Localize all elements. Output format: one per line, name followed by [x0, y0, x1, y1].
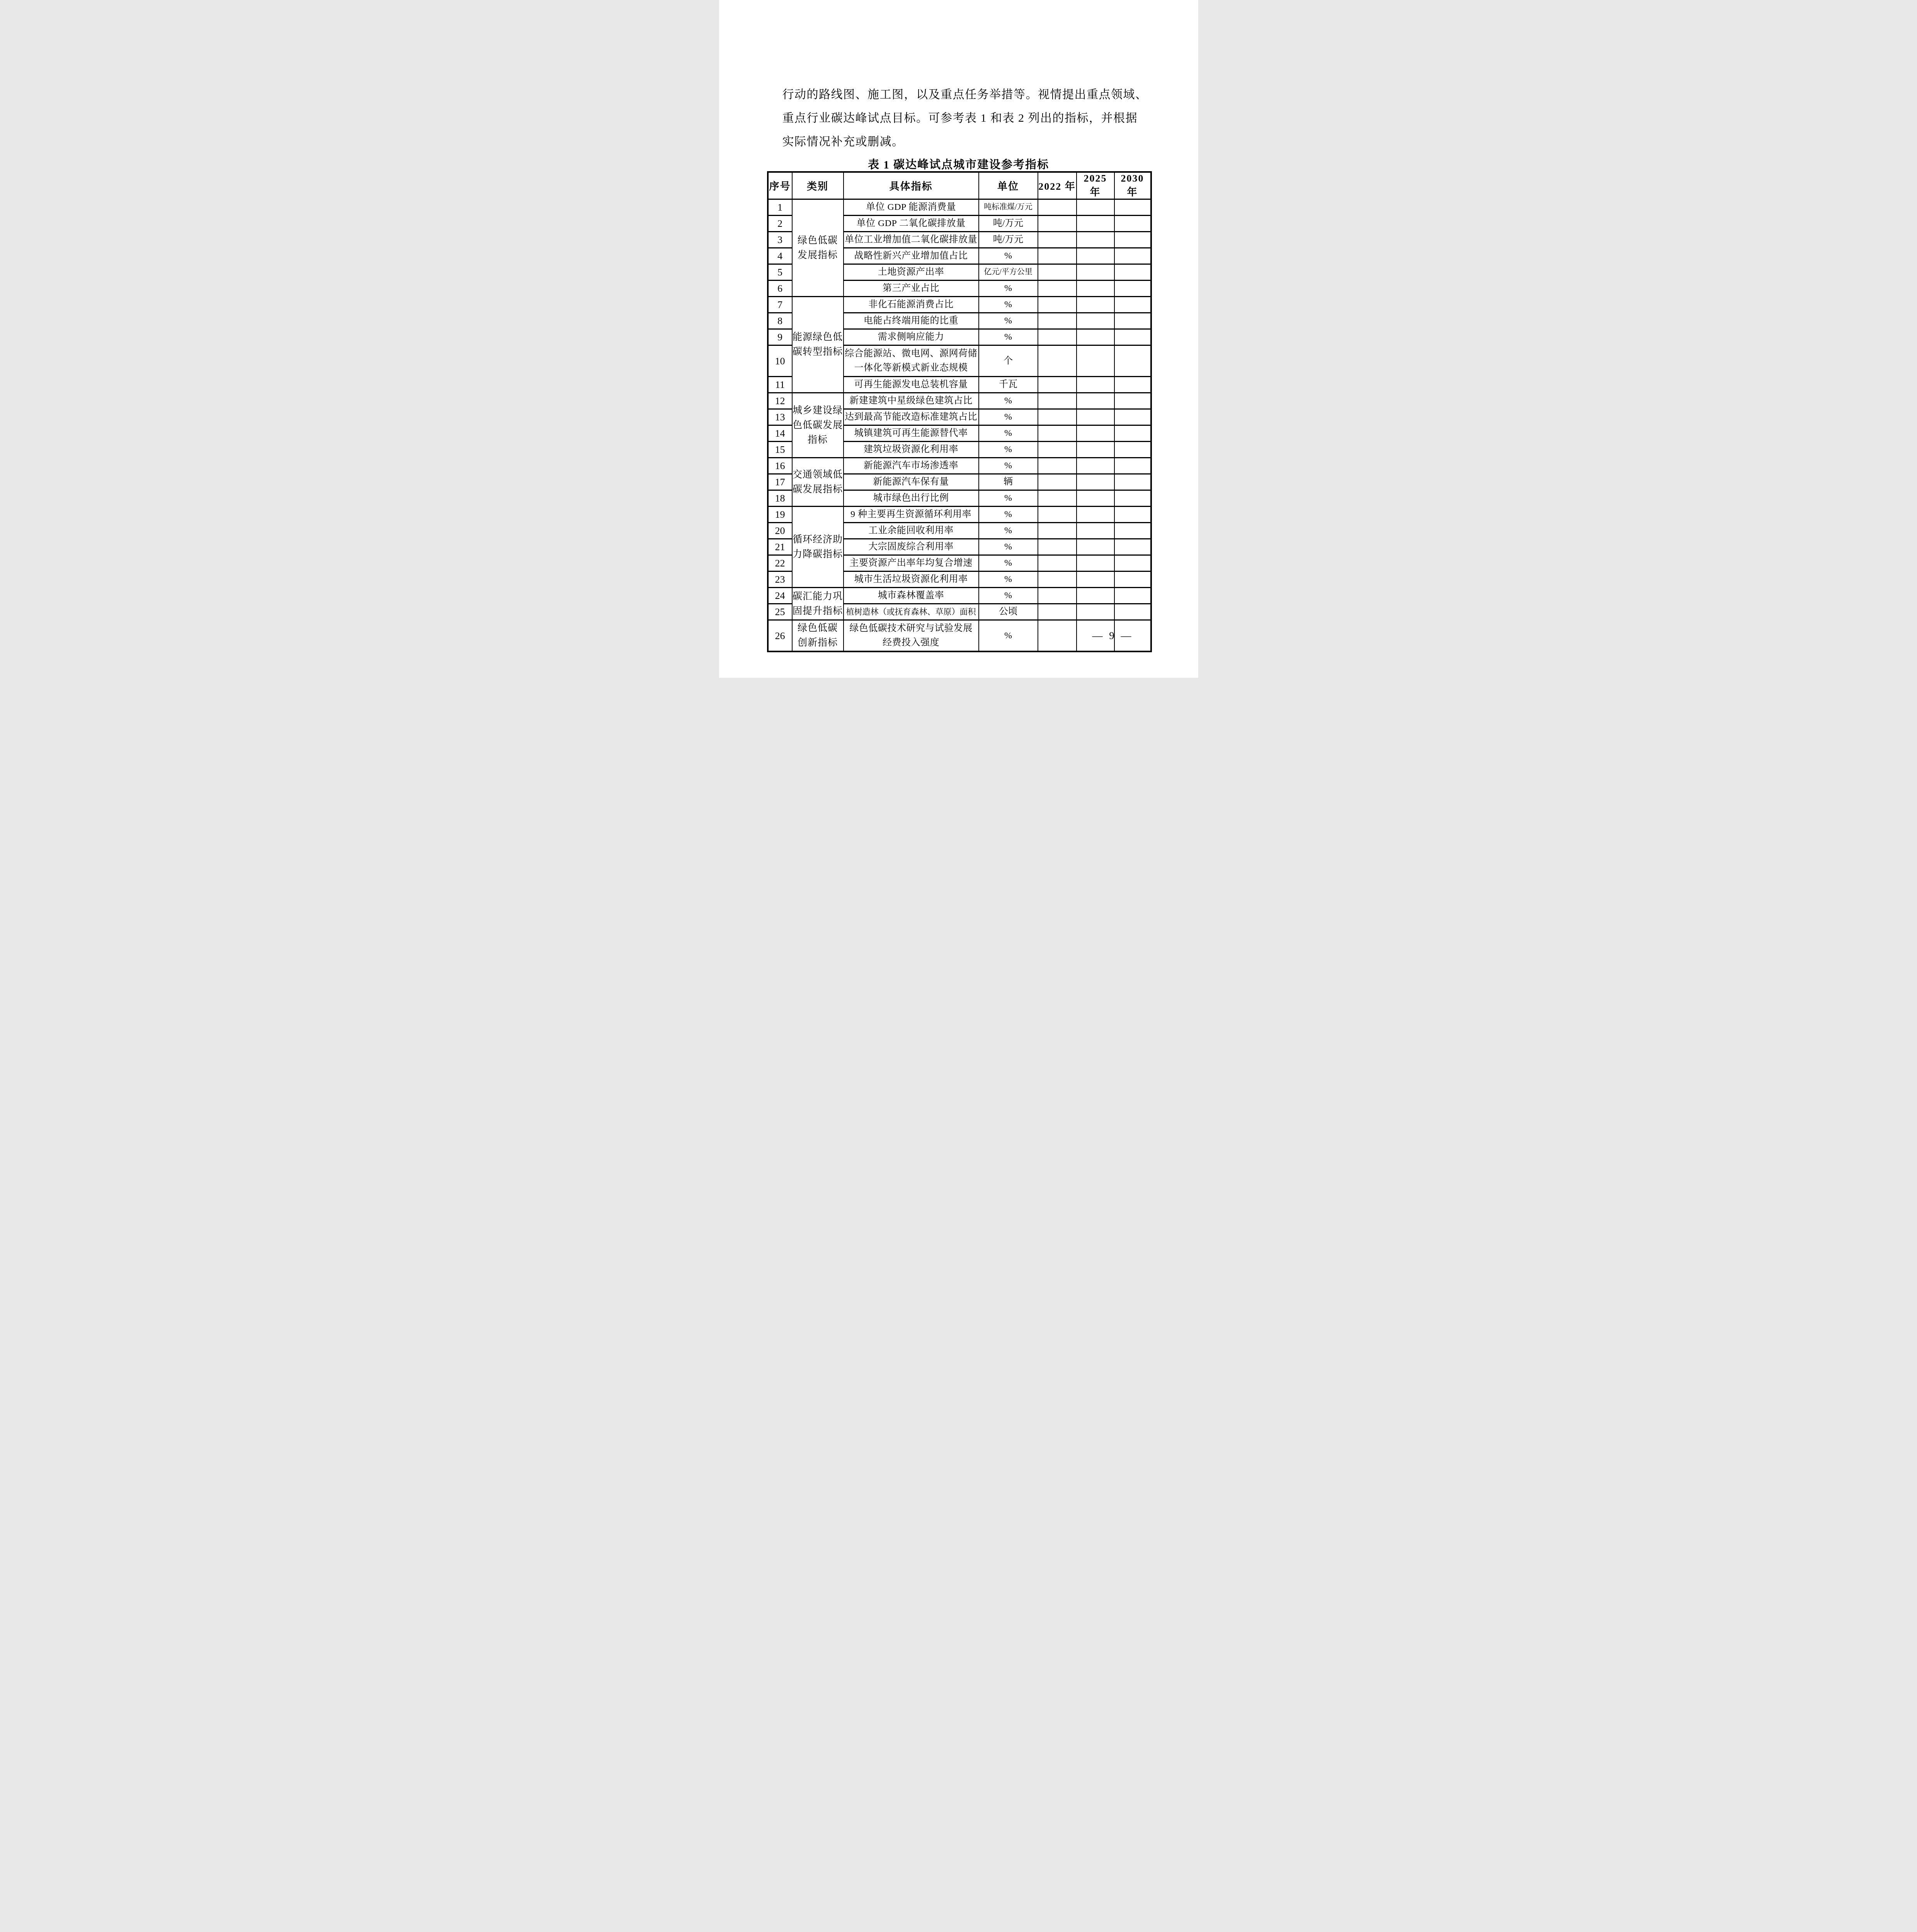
- year-value-cell: [1038, 474, 1077, 490]
- year-value-cell: [1077, 199, 1114, 216]
- year-value-cell: [1077, 329, 1114, 345]
- row-number-cell: 7: [768, 297, 792, 313]
- year-value-cell: [1114, 409, 1151, 425]
- year-value-cell: [1114, 490, 1151, 507]
- indicator-cell: 绿色低碳技术研究与试验发展经费投入强度: [844, 620, 979, 652]
- unit-cell: %: [979, 393, 1038, 409]
- year-value-cell: [1038, 442, 1077, 458]
- row-number-cell: 13: [768, 409, 792, 425]
- indicator-cell: 大宗固废综合利用率: [844, 539, 979, 555]
- unit-cell: 公顷: [979, 604, 1038, 620]
- year-value-cell: [1038, 248, 1077, 264]
- year-value-cell: [1077, 297, 1114, 313]
- year-value-cell: [1038, 604, 1077, 620]
- year-value-cell: [1114, 232, 1151, 248]
- year-value-cell: [1114, 523, 1151, 539]
- category-cell: 城乡建设绿色低碳发展指标: [792, 393, 844, 458]
- table-row: 24碳汇能力巩固提升指标城市森林覆盖率%: [768, 588, 1151, 604]
- row-number-cell: 1: [768, 199, 792, 216]
- year-value-cell: [1077, 523, 1114, 539]
- year-value-cell: [1114, 248, 1151, 264]
- row-number-cell: 9: [768, 329, 792, 345]
- year-value-cell: [1114, 216, 1151, 232]
- year-value-cell: [1038, 555, 1077, 571]
- unit-cell: %: [979, 409, 1038, 425]
- indicator-cell: 综合能源站、微电网、源网荷储一体化等新模式新业态规模: [844, 345, 979, 377]
- year-value-cell: [1077, 345, 1114, 377]
- row-number-cell: 3: [768, 232, 792, 248]
- table-title: 表 1 碳达峰试点城市建设参考指标: [767, 156, 1150, 172]
- year-value-cell: [1077, 313, 1114, 329]
- indicator-cell: 单位 GDP 能源消费量: [844, 199, 979, 216]
- indicator-cell: 9 种主要再生资源循环利用率: [844, 507, 979, 523]
- indicator-cell: 植树造林（或抚育森林、草原）面积: [844, 604, 979, 620]
- year-value-cell: [1077, 474, 1114, 490]
- year-value-cell: [1038, 571, 1077, 588]
- year-value-cell: [1077, 490, 1114, 507]
- row-number-cell: 6: [768, 281, 792, 297]
- year-value-cell: [1038, 490, 1077, 507]
- indicator-cell: 主要资源产出率年均复合增速: [844, 555, 979, 571]
- header-year-2025: 2025 年: [1077, 172, 1114, 199]
- indicator-cell: 可再生能源发电总装机容量: [844, 377, 979, 393]
- category-cell: 绿色低碳创新指标: [792, 620, 844, 652]
- year-value-cell: [1038, 539, 1077, 555]
- year-value-cell: [1038, 523, 1077, 539]
- category-cell: 绿色低碳发展指标: [792, 199, 844, 297]
- year-value-cell: [1077, 458, 1114, 474]
- year-value-cell: [1077, 425, 1114, 442]
- year-value-cell: [1114, 329, 1151, 345]
- year-value-cell: [1077, 539, 1114, 555]
- unit-cell: %: [979, 442, 1038, 458]
- year-value-cell: [1077, 507, 1114, 523]
- header-year-2022: 2022 年: [1038, 172, 1077, 199]
- indicator-cell: 第三产业占比: [844, 281, 979, 297]
- unit-cell: 亿元/平方公里: [979, 264, 1038, 281]
- year-value-cell: [1114, 345, 1151, 377]
- row-number-cell: 21: [768, 539, 792, 555]
- category-cell: 能源绿色低碳转型指标: [792, 297, 844, 393]
- table-row: 19循环经济助力降碳指标9 种主要再生资源循环利用率%: [768, 507, 1151, 523]
- year-value-cell: [1114, 281, 1151, 297]
- header-serial-number: 序号: [768, 172, 792, 199]
- year-value-cell: [1114, 507, 1151, 523]
- unit-cell: %: [979, 588, 1038, 604]
- header-specific-indicator: 具体指标: [844, 172, 979, 199]
- year-value-cell: [1114, 377, 1151, 393]
- indicator-cell: 非化石能源消费占比: [844, 297, 979, 313]
- row-number-cell: 18: [768, 490, 792, 507]
- year-value-cell: [1038, 393, 1077, 409]
- year-value-cell: [1077, 264, 1114, 281]
- year-value-cell: [1114, 313, 1151, 329]
- unit-cell: 千瓦: [979, 377, 1038, 393]
- table-header-row: 序号 类别 具体指标 单位 2022 年 2025 年 2030 年: [768, 172, 1151, 199]
- unit-cell: %: [979, 555, 1038, 571]
- paragraph-line: 实际情况补充或删减。: [782, 130, 1138, 153]
- row-number-cell: 19: [768, 507, 792, 523]
- year-value-cell: [1077, 442, 1114, 458]
- unit-cell: %: [979, 281, 1038, 297]
- year-value-cell: [1114, 474, 1151, 490]
- year-value-cell: [1038, 297, 1077, 313]
- row-number-cell: 14: [768, 425, 792, 442]
- unit-cell: %: [979, 620, 1038, 652]
- year-value-cell: [1077, 393, 1114, 409]
- unit-cell: 吨标准煤/万元: [979, 199, 1038, 216]
- year-value-cell: [1038, 507, 1077, 523]
- year-value-cell: [1077, 571, 1114, 588]
- year-value-cell: [1077, 248, 1114, 264]
- indicator-cell: 达到最高节能改造标准建筑占比: [844, 409, 979, 425]
- year-value-cell: [1038, 409, 1077, 425]
- body-paragraph: 行动的路线图、施工图，以及重点任务举措等。视情提出重点领域、 重点行业碳达峰试点…: [782, 83, 1138, 153]
- category-cell: 循环经济助力降碳指标: [792, 507, 844, 588]
- year-value-cell: [1077, 232, 1114, 248]
- year-value-cell: [1114, 297, 1151, 313]
- year-value-cell: [1038, 377, 1077, 393]
- year-value-cell: [1038, 425, 1077, 442]
- year-value-cell: [1038, 329, 1077, 345]
- row-number-cell: 11: [768, 377, 792, 393]
- page-number: — 9 —: [1092, 630, 1133, 642]
- unit-cell: %: [979, 571, 1038, 588]
- year-value-cell: [1114, 555, 1151, 571]
- row-number-cell: 22: [768, 555, 792, 571]
- year-value-cell: [1077, 281, 1114, 297]
- unit-cell: %: [979, 490, 1038, 507]
- indicator-cell: 新能源汽车市场渗透率: [844, 458, 979, 474]
- header-category: 类别: [792, 172, 844, 199]
- row-number-cell: 12: [768, 393, 792, 409]
- year-value-cell: [1038, 281, 1077, 297]
- table-row: 7能源绿色低碳转型指标非化石能源消费占比%: [768, 297, 1151, 313]
- row-number-cell: 5: [768, 264, 792, 281]
- year-value-cell: [1038, 588, 1077, 604]
- year-value-cell: [1077, 216, 1114, 232]
- header-year-2030: 2030 年: [1114, 172, 1151, 199]
- year-value-cell: [1114, 442, 1151, 458]
- row-number-cell: 2: [768, 216, 792, 232]
- category-cell: 交通领域低碳发展指标: [792, 458, 844, 507]
- year-value-cell: [1114, 425, 1151, 442]
- year-value-cell: [1114, 571, 1151, 588]
- year-value-cell: [1038, 458, 1077, 474]
- unit-cell: %: [979, 458, 1038, 474]
- year-value-cell: [1114, 264, 1151, 281]
- row-number-cell: 8: [768, 313, 792, 329]
- row-number-cell: 25: [768, 604, 792, 620]
- unit-cell: %: [979, 539, 1038, 555]
- unit-cell: 个: [979, 345, 1038, 377]
- category-cell: 碳汇能力巩固提升指标: [792, 588, 844, 620]
- year-value-cell: [1077, 604, 1114, 620]
- indicator-cell: 城市绿色出行比例: [844, 490, 979, 507]
- year-value-cell: [1114, 458, 1151, 474]
- indicator-cell: 新建建筑中星级绿色建筑占比: [844, 393, 979, 409]
- row-number-cell: 10: [768, 345, 792, 377]
- paragraph-line: 行动的路线图、施工图，以及重点任务举措等。视情提出重点领域、: [782, 83, 1138, 106]
- unit-cell: 吨/万元: [979, 216, 1038, 232]
- indicator-cell: 土地资源产出率: [844, 264, 979, 281]
- year-value-cell: [1077, 377, 1114, 393]
- year-value-cell: [1114, 588, 1151, 604]
- indicator-cell: 建筑垃圾资源化利用率: [844, 442, 979, 458]
- row-number-cell: 15: [768, 442, 792, 458]
- year-value-cell: [1114, 604, 1151, 620]
- year-value-cell: [1038, 232, 1077, 248]
- row-number-cell: 23: [768, 571, 792, 588]
- unit-cell: %: [979, 425, 1038, 442]
- year-value-cell: [1038, 620, 1077, 652]
- indicator-cell: 城市森林覆盖率: [844, 588, 979, 604]
- unit-cell: %: [979, 329, 1038, 345]
- unit-cell: %: [979, 523, 1038, 539]
- row-number-cell: 16: [768, 458, 792, 474]
- table-row: 12城乡建设绿色低碳发展指标新建建筑中星级绿色建筑占比%: [768, 393, 1151, 409]
- indicator-table: 序号 类别 具体指标 单位 2022 年 2025 年 2030 年 1绿色低碳…: [767, 171, 1152, 652]
- year-value-cell: [1114, 393, 1151, 409]
- row-number-cell: 17: [768, 474, 792, 490]
- year-value-cell: [1038, 216, 1077, 232]
- unit-cell: %: [979, 297, 1038, 313]
- table-row: 16交通领域低碳发展指标新能源汽车市场渗透率%: [768, 458, 1151, 474]
- paragraph-line: 重点行业碳达峰试点目标。可参考表 1 和表 2 列出的指标，并根据: [782, 106, 1138, 130]
- indicator-cell: 单位 GDP 二氧化碳排放量: [844, 216, 979, 232]
- year-value-cell: [1114, 539, 1151, 555]
- unit-cell: %: [979, 248, 1038, 264]
- row-number-cell: 24: [768, 588, 792, 604]
- indicator-cell: 城镇建筑可再生能源替代率: [844, 425, 979, 442]
- year-value-cell: [1077, 555, 1114, 571]
- indicator-cell: 城市生活垃圾资源化利用率: [844, 571, 979, 588]
- indicator-cell: 工业余能回收利用率: [844, 523, 979, 539]
- unit-cell: %: [979, 507, 1038, 523]
- row-number-cell: 20: [768, 523, 792, 539]
- indicator-cell: 电能占终端用能的比重: [844, 313, 979, 329]
- year-value-cell: [1038, 345, 1077, 377]
- unit-cell: %: [979, 313, 1038, 329]
- unit-cell: 辆: [979, 474, 1038, 490]
- year-value-cell: [1038, 199, 1077, 216]
- document-page: 行动的路线图、施工图，以及重点任务举措等。视情提出重点领域、 重点行业碳达峰试点…: [719, 0, 1198, 678]
- indicator-cell: 战略性新兴产业增加值占比: [844, 248, 979, 264]
- indicator-cell: 需求侧响应能力: [844, 329, 979, 345]
- year-value-cell: [1038, 264, 1077, 281]
- year-value-cell: [1114, 199, 1151, 216]
- indicator-cell: 单位工业增加值二氧化碳排放量: [844, 232, 979, 248]
- indicator-cell: 新能源汽车保有量: [844, 474, 979, 490]
- year-value-cell: [1077, 588, 1114, 604]
- year-value-cell: [1077, 409, 1114, 425]
- row-number-cell: 26: [768, 620, 792, 652]
- header-unit: 单位: [979, 172, 1038, 199]
- year-value-cell: [1038, 313, 1077, 329]
- table-row: 1绿色低碳发展指标单位 GDP 能源消费量吨标准煤/万元: [768, 199, 1151, 216]
- row-number-cell: 4: [768, 248, 792, 264]
- unit-cell: 吨/万元: [979, 232, 1038, 248]
